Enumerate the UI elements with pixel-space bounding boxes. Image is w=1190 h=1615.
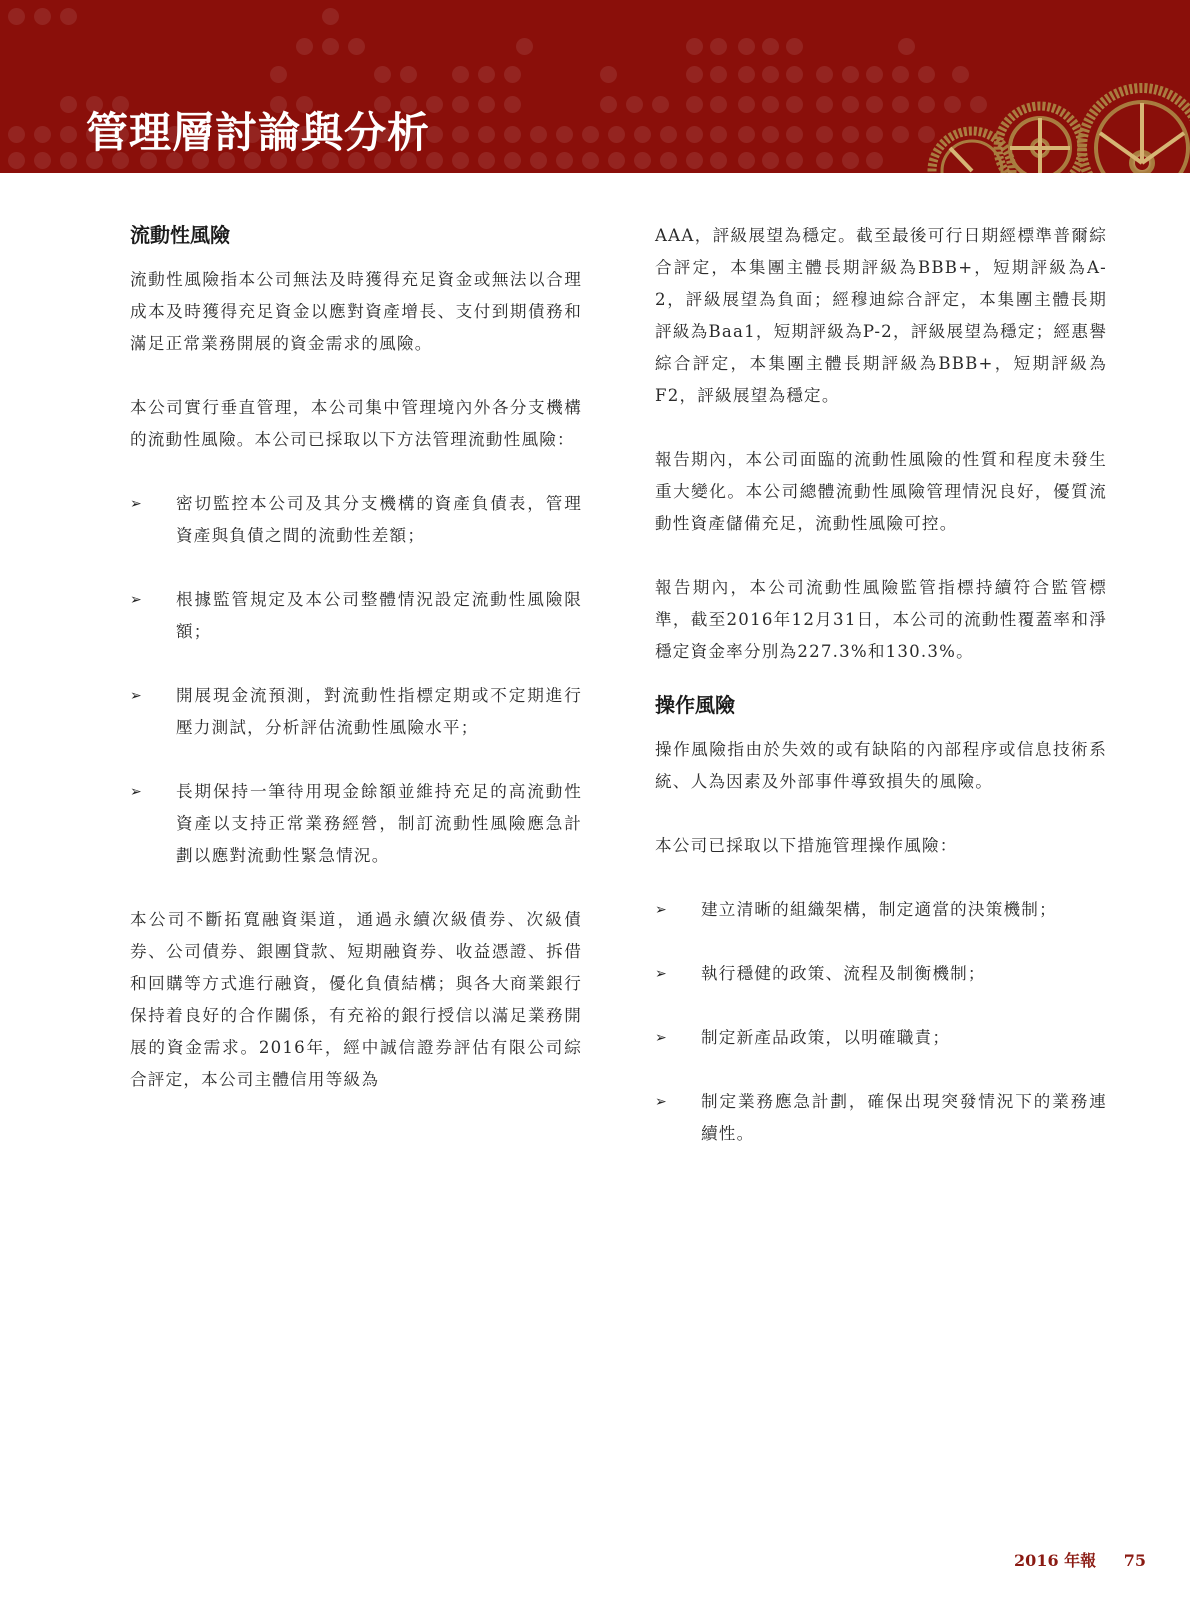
dot bbox=[504, 96, 521, 113]
dot bbox=[652, 96, 669, 113]
dot bbox=[504, 152, 521, 169]
dot bbox=[816, 66, 833, 83]
dot bbox=[842, 152, 859, 169]
dot bbox=[516, 38, 533, 55]
dot bbox=[8, 8, 25, 25]
paragraph: 本公司不斷拓寬融資渠道，通過永續次級債券、次級債券、公司債券、銀團貸款、短期融資… bbox=[130, 904, 582, 1096]
dot bbox=[842, 66, 859, 83]
dot bbox=[738, 96, 755, 113]
arrow-bullet-icon: ➢ bbox=[130, 776, 142, 808]
dot bbox=[452, 66, 469, 83]
dot bbox=[530, 152, 547, 169]
dot bbox=[660, 126, 677, 143]
dot bbox=[786, 126, 803, 143]
left-column: 流動性風險 流動性風險指本公司無法及時獲得充足資金或無法以合理成本及時獲得充足資… bbox=[130, 220, 582, 1096]
dot bbox=[478, 152, 495, 169]
dot bbox=[608, 152, 625, 169]
dot bbox=[634, 126, 651, 143]
dot bbox=[866, 66, 883, 83]
section-title-operational-risk: 操作風險 bbox=[655, 690, 1107, 720]
dot bbox=[710, 152, 727, 169]
paragraph: 操作風險指由於失效的或有缺陷的內部程序或信息技術系統、人為因素及外部事件導致損失… bbox=[655, 734, 1107, 798]
dot bbox=[478, 66, 495, 83]
dot bbox=[582, 126, 599, 143]
arrow-bullet-icon: ➢ bbox=[655, 1022, 667, 1054]
dot bbox=[504, 66, 521, 83]
arrow-bullet-icon: ➢ bbox=[655, 894, 667, 926]
dot bbox=[710, 126, 727, 143]
dot bbox=[710, 38, 727, 55]
dot bbox=[816, 152, 833, 169]
dot bbox=[738, 152, 755, 169]
dot bbox=[348, 38, 365, 55]
dot bbox=[762, 152, 779, 169]
list-item: ➢ 制定業務應急計劃，確保出現突發情況下的業務連續性。 bbox=[655, 1086, 1107, 1150]
dot bbox=[452, 96, 469, 113]
dot bbox=[816, 126, 833, 143]
dot bbox=[634, 152, 651, 169]
dot bbox=[866, 126, 883, 143]
dot bbox=[60, 96, 77, 113]
paragraph: 流動性風險指本公司無法及時獲得充足資金或無法以合理成本及時獲得充足資金以應對資產… bbox=[130, 264, 582, 360]
dot bbox=[8, 126, 25, 143]
dot bbox=[600, 96, 617, 113]
dot bbox=[786, 66, 803, 83]
dot bbox=[816, 96, 833, 113]
arrow-bullet-icon: ➢ bbox=[130, 584, 142, 616]
dot bbox=[600, 66, 617, 83]
dot bbox=[762, 66, 779, 83]
dot bbox=[762, 96, 779, 113]
dot bbox=[762, 38, 779, 55]
dot bbox=[582, 152, 599, 169]
list-item: ➢ 建立清晰的組織架構，制定適當的決策機制； bbox=[655, 894, 1107, 926]
dot bbox=[322, 8, 339, 25]
dot bbox=[556, 152, 573, 169]
list-item: ➢ 開展現金流預測，對流動性指標定期或不定期進行壓力測試，分析評估流動性風險水平… bbox=[130, 680, 582, 744]
dot bbox=[866, 152, 883, 169]
dot bbox=[738, 66, 755, 83]
dot bbox=[504, 126, 521, 143]
dot bbox=[892, 96, 909, 113]
arrow-bullet-icon: ➢ bbox=[130, 488, 142, 520]
dot bbox=[8, 152, 25, 169]
dot bbox=[686, 66, 703, 83]
dot bbox=[34, 8, 51, 25]
dot bbox=[270, 66, 287, 83]
dot bbox=[452, 126, 469, 143]
dot bbox=[710, 66, 727, 83]
arrow-bullet-icon: ➢ bbox=[130, 680, 142, 712]
dot bbox=[842, 96, 859, 113]
arrow-bullet-icon: ➢ bbox=[655, 1086, 667, 1118]
dot bbox=[34, 126, 51, 143]
page-footer: 2016 年報 75 bbox=[1014, 1548, 1146, 1571]
list-item: ➢ 長期保持一筆待用現金餘額並維持充足的高流動性資產以支持正常業務經營，制訂流動… bbox=[130, 776, 582, 872]
dot bbox=[530, 126, 547, 143]
dot bbox=[660, 152, 677, 169]
dot bbox=[866, 96, 883, 113]
header-banner: 管理層討論與分析 bbox=[0, 0, 1190, 173]
page-title: 管理層討論與分析 bbox=[86, 108, 430, 158]
list-item: ➢ 密切監控本公司及其分支機構的資產負債表，管理資產與負債之間的流動性差額； bbox=[130, 488, 582, 552]
list-item: ➢ 根據監管規定及本公司整體情況設定流動性風險限額； bbox=[130, 584, 582, 648]
paragraph: 報告期內，本公司流動性風險監管指標持續符合監管標準，截至2016年12月31日，… bbox=[655, 572, 1107, 668]
dot bbox=[686, 152, 703, 169]
dot bbox=[556, 126, 573, 143]
dot bbox=[478, 126, 495, 143]
dot bbox=[322, 38, 339, 55]
list-item: ➢ 制定新產品政策，以明確職責； bbox=[655, 1022, 1107, 1054]
dot bbox=[374, 66, 391, 83]
dot bbox=[296, 38, 313, 55]
paragraph: 本公司已採取以下措施管理操作風險： bbox=[655, 830, 1107, 862]
report-label: 2016 年報 bbox=[1014, 1551, 1096, 1570]
section-title-liquidity-risk: 流動性風險 bbox=[130, 220, 582, 250]
list-item: ➢ 執行穩健的政策、流程及制衡機制； bbox=[655, 958, 1107, 990]
dot bbox=[786, 152, 803, 169]
dot bbox=[686, 126, 703, 143]
dot bbox=[400, 66, 417, 83]
dot bbox=[892, 66, 909, 83]
page-number: 75 bbox=[1124, 1551, 1146, 1570]
dot bbox=[60, 152, 77, 169]
paragraph: 報告期內，本公司面臨的流動性風險的性質和程度未發生重大變化。本公司總體流動性風險… bbox=[655, 444, 1107, 540]
dot bbox=[892, 126, 909, 143]
dot bbox=[710, 96, 727, 113]
dot bbox=[608, 126, 625, 143]
arrow-bullet-icon: ➢ bbox=[655, 958, 667, 990]
paragraph: 本公司實行垂直管理，本公司集中管理境內外各分支機構的流動性風險。本公司已採取以下… bbox=[130, 392, 582, 456]
dot bbox=[738, 38, 755, 55]
dot bbox=[786, 38, 803, 55]
dot bbox=[452, 152, 469, 169]
dot bbox=[738, 126, 755, 143]
dot bbox=[478, 96, 495, 113]
dot bbox=[686, 38, 703, 55]
dot bbox=[786, 96, 803, 113]
right-column: AAA，評級展望為穩定。截至最後可行日期經標準普爾綜合評定，本集團主體長期評級為… bbox=[655, 220, 1107, 1150]
dot bbox=[842, 126, 859, 143]
dot bbox=[60, 8, 77, 25]
gears-icon bbox=[910, 53, 1190, 173]
dot bbox=[34, 152, 51, 169]
paragraph: AAA，評級展望為穩定。截至最後可行日期經標準普爾綜合評定，本集團主體長期評級為… bbox=[655, 220, 1107, 412]
dot bbox=[762, 126, 779, 143]
dot bbox=[686, 96, 703, 113]
dot bbox=[60, 126, 77, 143]
dot bbox=[626, 96, 643, 113]
